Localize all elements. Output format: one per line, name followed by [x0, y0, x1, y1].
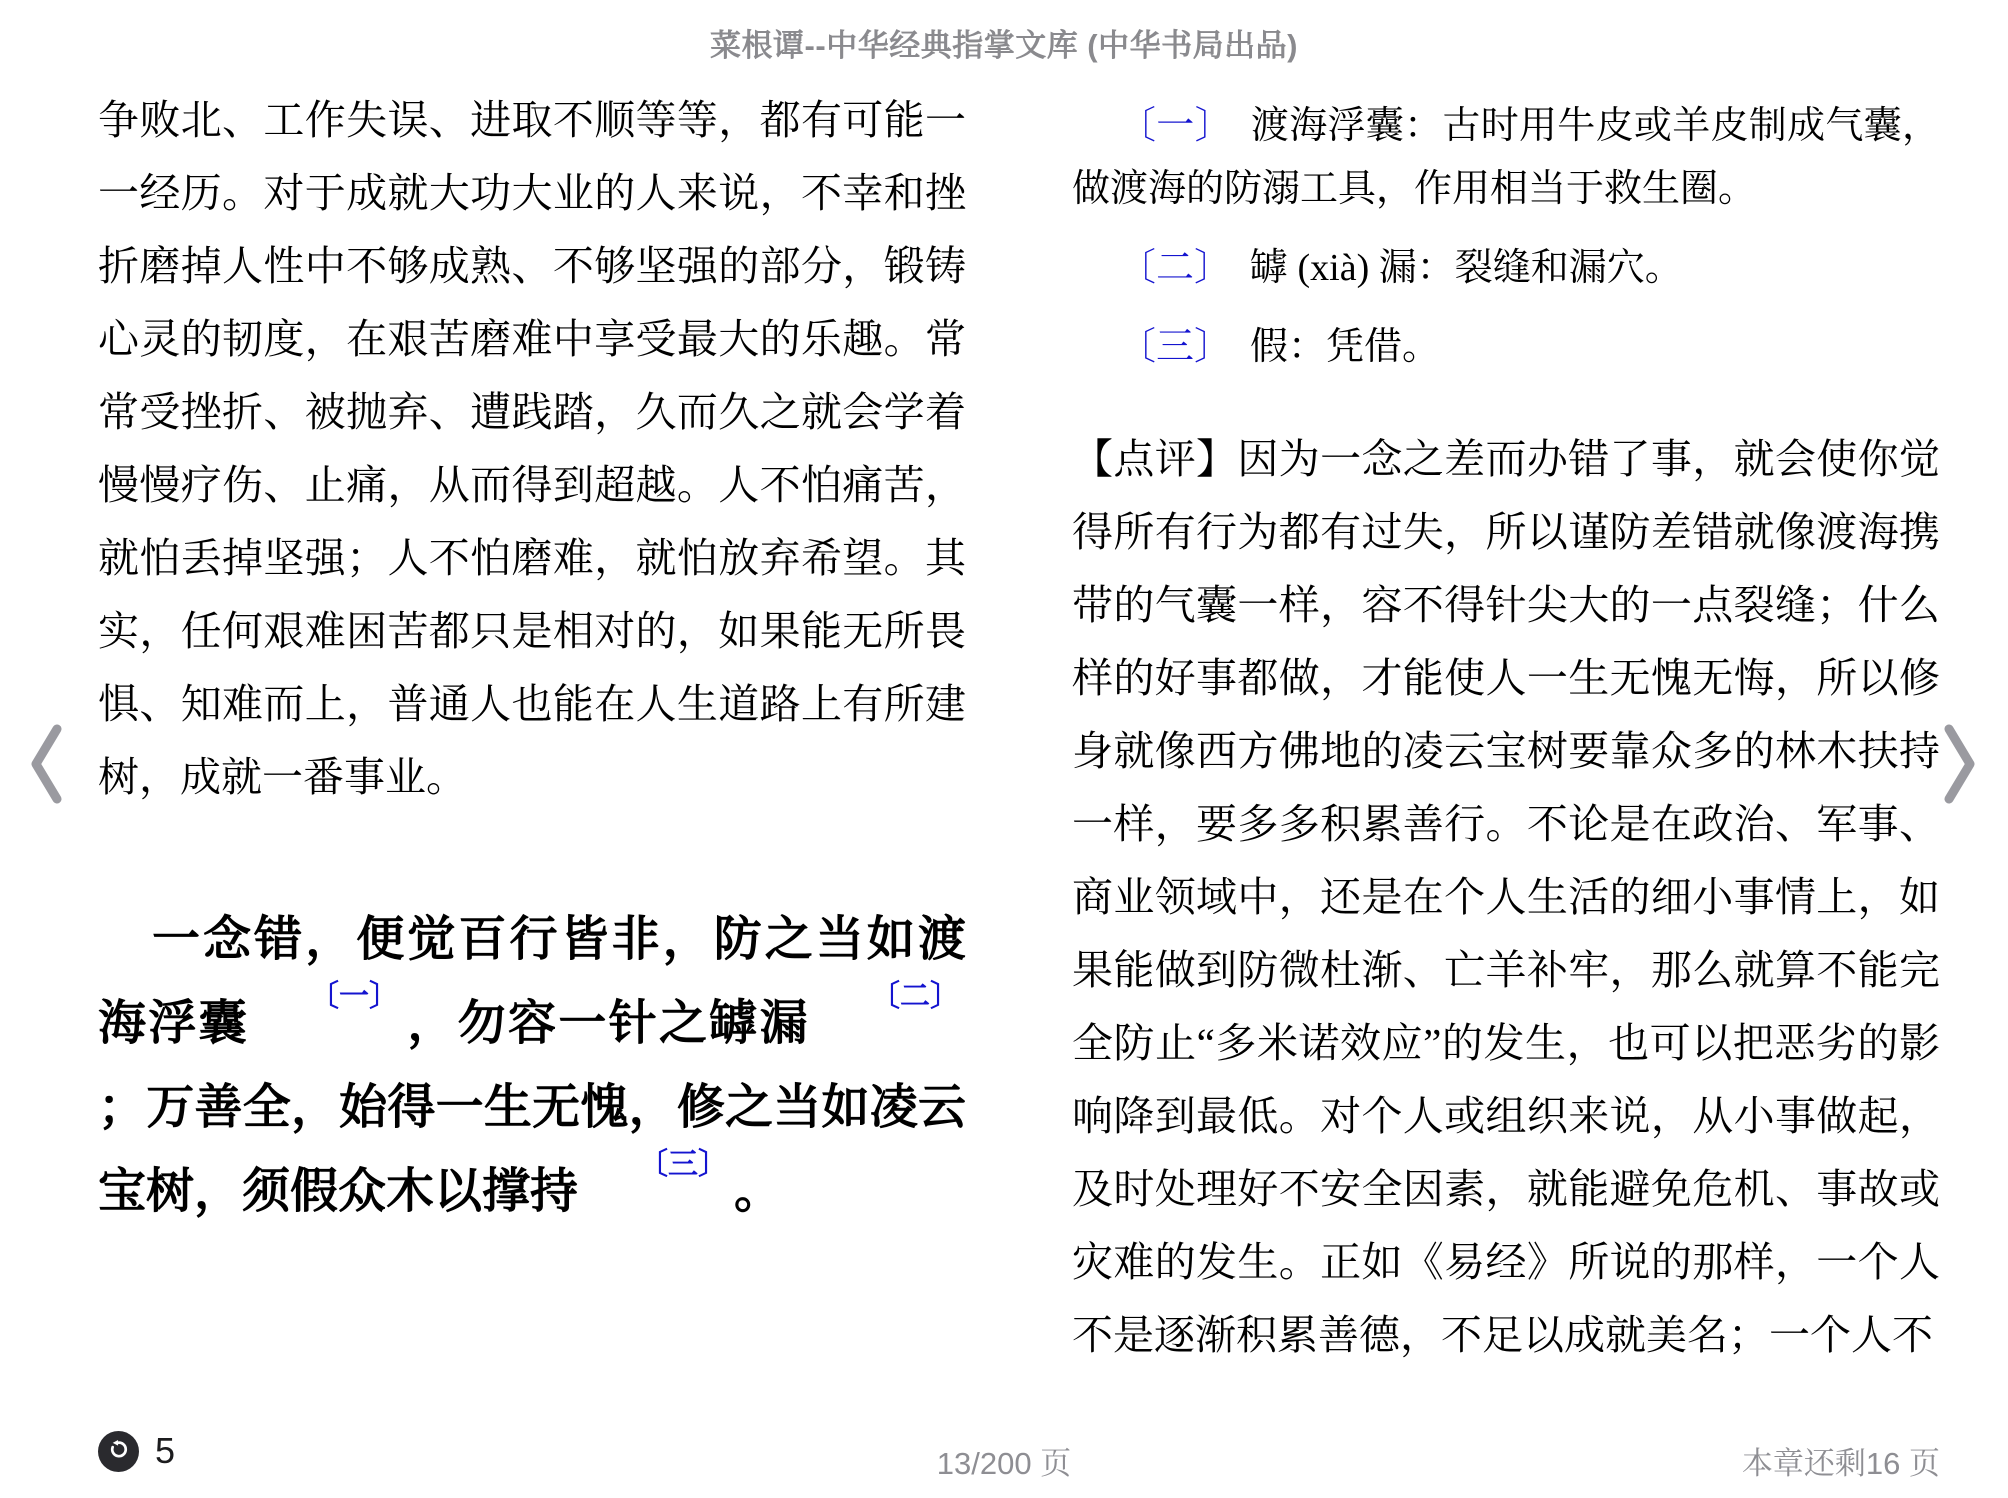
footnote-ref-2[interactable]: 〔二〕 — [816, 982, 960, 1012]
annotation-3: 〔三〕假：凭借。 — [1072, 316, 1940, 379]
quote-paragraph: 一念错，便觉百行皆非，防之当如渡海浮囊〔一〕，勿容一针之罅漏〔二〕；万善全，始得… — [98, 898, 966, 1234]
prev-page-button[interactable] — [22, 714, 70, 814]
comment-paragraph: 【点评】因为一念之差而办错了事，就会使你觉得所有行为都有过失，所以谨防差错就像渡… — [1072, 423, 1940, 1372]
annotation-1: 〔一〕渡海浮囊：古时用牛皮或羊皮制成气囊，做渡海的防溺工具，作用相当于救生圈。 — [1072, 95, 1940, 221]
book-title: 菜根谭--中华经典指掌文库 (中华书局出品) — [0, 20, 2008, 65]
body-paragraph: 争败北、工作失误、进取不顺等等，都有可能一一经历。对于成就大功大业的人来说，不幸… — [98, 84, 966, 814]
quote-text: ；万善全，始得一生无愧，修之当如凌云宝树，须假众木以撑持 — [98, 1081, 966, 1218]
chevron-left-icon — [26, 721, 66, 807]
footnote-ref-1[interactable]: 〔一〕 — [255, 982, 399, 1012]
quote-text: 。 — [734, 1165, 782, 1218]
annotation-2: 〔二〕罅 (xià) 漏：裂缝和漏穴。 — [1072, 237, 1940, 300]
annotation-marker-1: 〔一〕 — [1118, 105, 1233, 147]
footnote-ref-3[interactable]: 〔三〕 — [584, 1150, 728, 1180]
annotation-marker-3: 〔三〕 — [1118, 326, 1232, 368]
chapter-remaining: 本章还剩16 页 — [1742, 1438, 1940, 1483]
right-column: 〔一〕渡海浮囊：古时用牛皮或羊皮制成气囊，做渡海的防溺工具，作用相当于救生圈。 … — [1072, 95, 1940, 1372]
quote-text: ，勿容一针之罅漏 — [405, 997, 810, 1050]
next-page-button[interactable] — [1936, 714, 1984, 814]
annotation-text-2: 罅 (xià) 漏：裂缝和漏穴。 — [1250, 247, 1683, 289]
annotation-marker-2: 〔二〕 — [1118, 247, 1232, 289]
comment-label: 【点评】 — [1072, 436, 1237, 482]
chevron-right-icon — [1940, 721, 1980, 807]
annotation-text-3: 假：凭借。 — [1250, 326, 1440, 368]
page-indicator: 13/200 页 — [0, 1438, 2008, 1483]
comment-text: 因为一念之差而办错了事，就会使你觉得所有行为都有过失，所以谨防差错就像渡海携带的… — [1072, 436, 1940, 1358]
left-column: 争败北、工作失误、进取不顺等等，都有可能一一经历。对于成就大功大业的人来说，不幸… — [98, 84, 966, 1234]
reader-page: 菜根谭--中华经典指掌文库 (中华书局出品) 争败北、工作失误、进取不顺等等，都… — [0, 0, 2008, 1498]
